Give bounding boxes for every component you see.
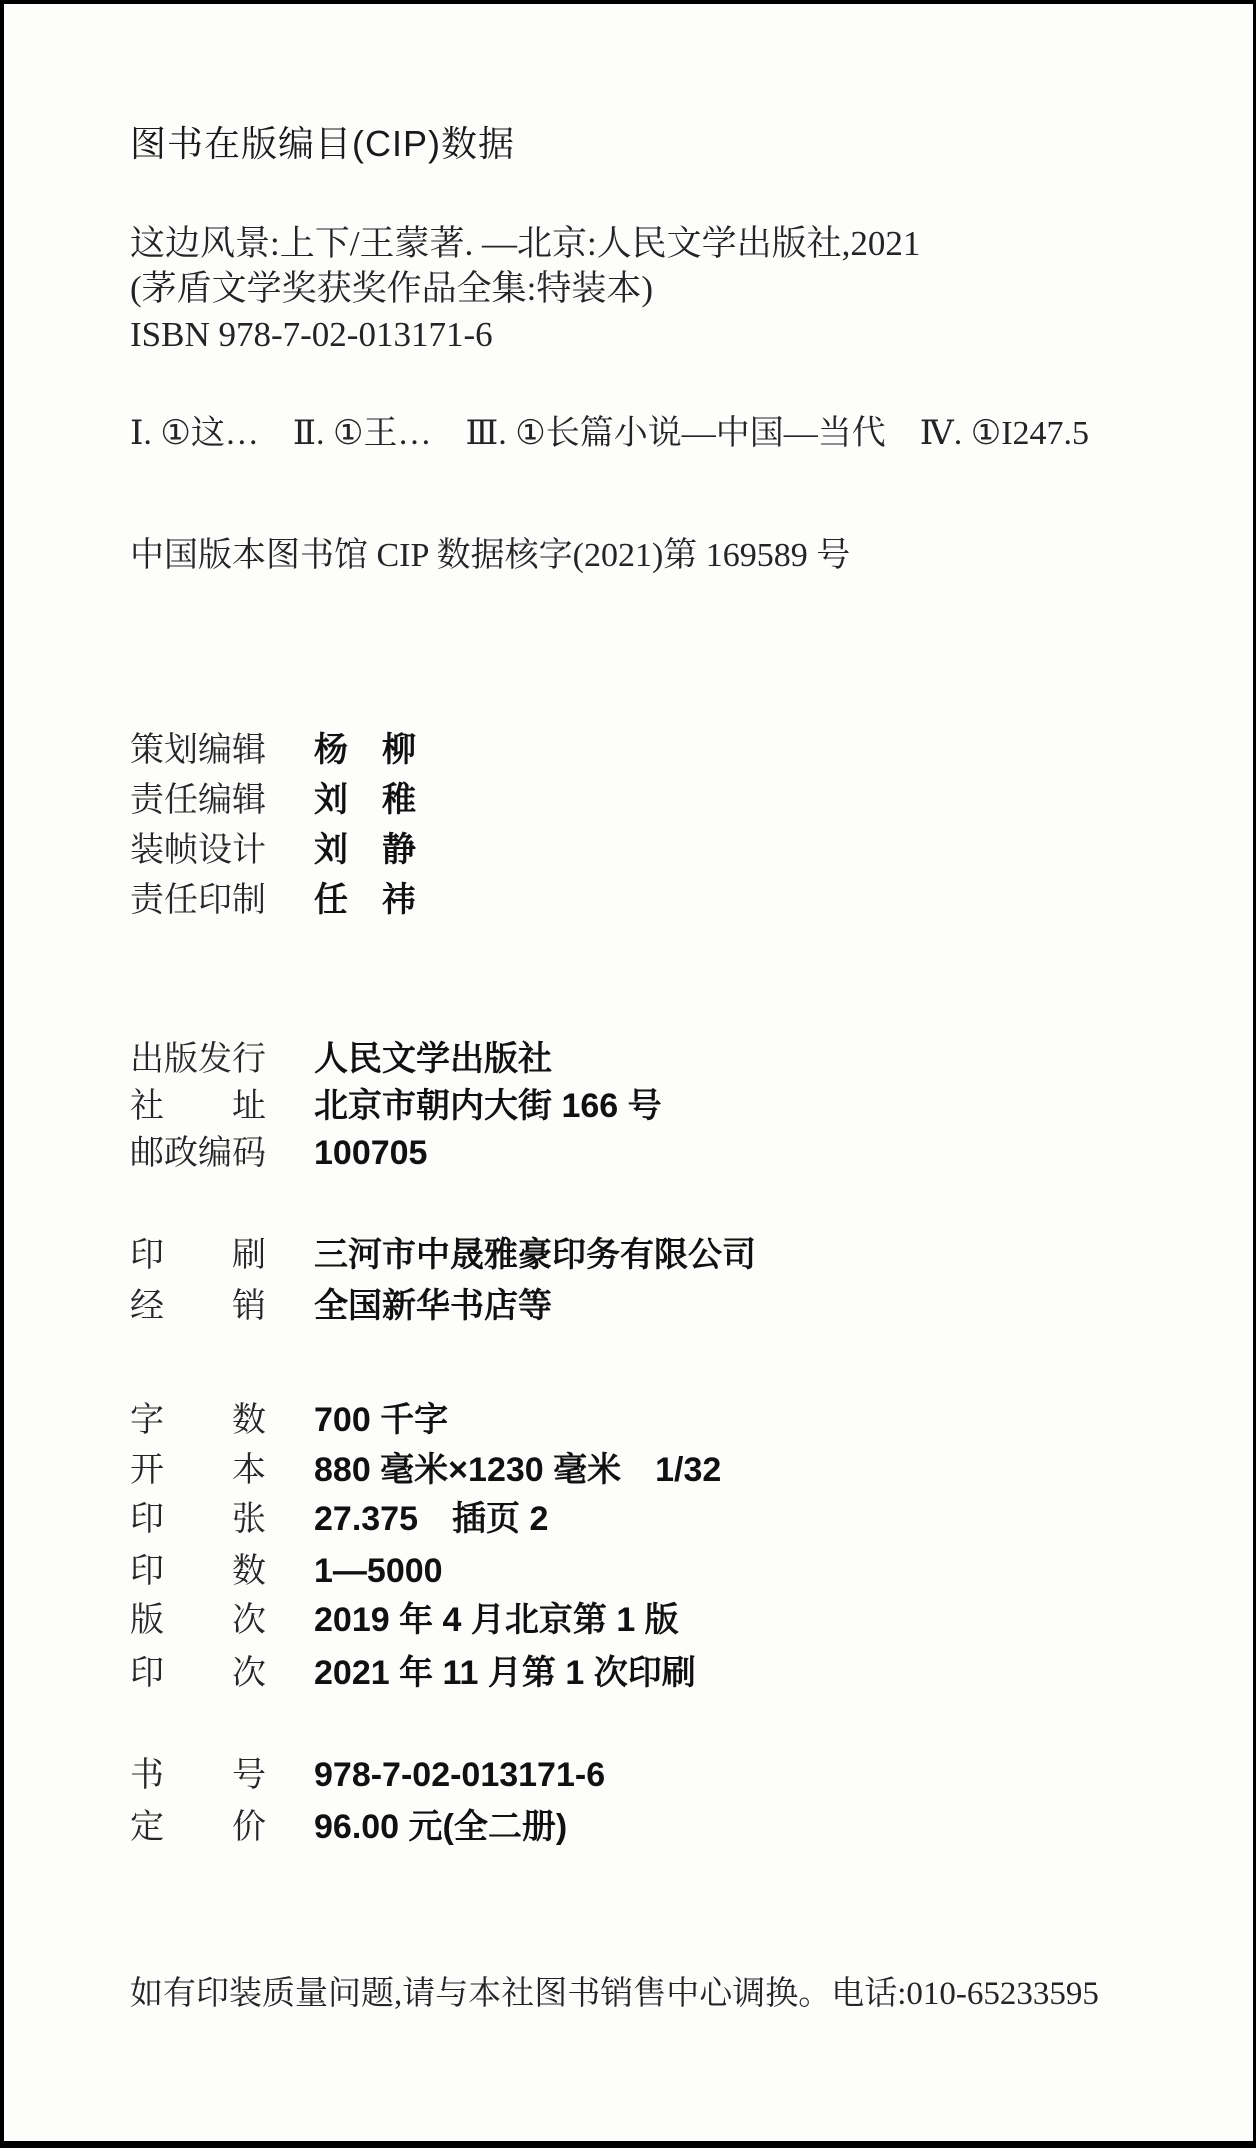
distributor-row: 经 销 全国新华书店等 <box>130 1278 552 1327</box>
staff-row-planning-editor: 策划编辑 杨 柳 <box>130 722 416 771</box>
sheets-value: 27.375 插页 2 <box>314 1491 548 1540</box>
edition-value: 2019 年 4 月北京第 1 版 <box>314 1592 679 1641</box>
word-count-label: 字 数 <box>130 1392 314 1441</box>
quality-notice: 如有印装质量问题,请与本社图书销售中心调换。电话:010-65233595 <box>130 1967 1099 2014</box>
publisher-value: 人民文学出版社 <box>314 1031 552 1080</box>
address-value: 北京市朝内大街 166 号 <box>314 1078 662 1127</box>
printer-value: 三河市中晟雅豪印务有限公司 <box>314 1227 756 1276</box>
staff-label: 责任编辑 <box>130 772 314 821</box>
price-label: 定 价 <box>130 1799 314 1848</box>
format-label: 开 本 <box>130 1442 314 1491</box>
word-count-row: 字 数 700 千字 <box>130 1392 448 1441</box>
price-value: 96.00 元(全二册) <box>314 1799 567 1848</box>
price-row: 定 价 96.00 元(全二册) <box>130 1799 567 1848</box>
impression-row: 印 次 2021 年 11 月第 1 次印刷 <box>130 1645 696 1694</box>
staff-label: 责任印制 <box>130 872 314 921</box>
cip-record-line: 中国版本图书馆 CIP 数据核字(2021)第 169589 号 <box>130 536 850 577</box>
address-row: 社 址 北京市朝内大街 166 号 <box>130 1078 662 1127</box>
staff-value: 刘 静 <box>314 822 416 871</box>
staff-label: 装帧设计 <box>130 822 314 871</box>
cip-classification-line: Ⅰ. ①这… Ⅱ. ①王… Ⅲ. ①长篇小说—中国—当代 Ⅳ. ①I247.5 <box>130 414 1089 455</box>
postcode-value: 100705 <box>314 1134 427 1173</box>
printer-row: 印 刷 三河市中晟雅豪印务有限公司 <box>130 1227 756 1276</box>
cip-title-line: 这边风景:上下/王蒙著. —北京:人民文学出版社,2021 <box>130 223 920 265</box>
distributor-label: 经 销 <box>130 1278 314 1327</box>
distributor-value: 全国新华书店等 <box>314 1278 552 1327</box>
staff-value: 刘 稚 <box>314 772 416 821</box>
impression-value: 2021 年 11 月第 1 次印刷 <box>314 1645 696 1694</box>
copyright-page: 图书在版编目(CIP)数据 这边风景:上下/王蒙著. —北京:人民文学出版社,2… <box>0 0 1256 2148</box>
format-value: 880 毫米×1230 毫米 1/32 <box>314 1442 721 1491</box>
staff-value: 杨 柳 <box>314 722 416 771</box>
staff-row-print-supervisor: 责任印制 任 祎 <box>130 872 416 921</box>
print-run-label: 印 数 <box>130 1543 314 1592</box>
staff-value: 任 祎 <box>314 872 416 921</box>
staff-row-design: 装帧设计 刘 静 <box>130 822 416 871</box>
printer-label: 印 刷 <box>130 1227 314 1276</box>
edition-row: 版 次 2019 年 4 月北京第 1 版 <box>130 1592 679 1641</box>
publisher-row: 出版发行 人民文学出版社 <box>130 1031 552 1080</box>
book-number-value: 978-7-02-013171-6 <box>314 1756 605 1795</box>
book-number-label: 书 号 <box>130 1747 314 1796</box>
word-count-value: 700 千字 <box>314 1392 448 1441</box>
cip-heading: 图书在版编目(CIP)数据 <box>130 116 515 167</box>
cip-isbn-line: ISBN 978-7-02-013171-6 <box>130 314 493 356</box>
staff-label: 策划编辑 <box>130 722 314 771</box>
print-run-value: 1—5000 <box>314 1552 443 1591</box>
cip-series-line: (茅盾文学奖获奖作品全集:特装本) <box>130 268 653 310</box>
print-run-row: 印 数 1—5000 <box>130 1543 443 1592</box>
postcode-row: 邮政编码 100705 <box>130 1125 427 1174</box>
edition-label: 版 次 <box>130 1592 314 1641</box>
publisher-label: 出版发行 <box>130 1031 314 1080</box>
impression-label: 印 次 <box>130 1645 314 1694</box>
address-label: 社 址 <box>130 1078 314 1127</box>
sheets-row: 印 张 27.375 插页 2 <box>130 1491 548 1540</box>
book-number-row: 书 号 978-7-02-013171-6 <box>130 1747 605 1796</box>
staff-row-responsible-editor: 责任编辑 刘 稚 <box>130 772 416 821</box>
postcode-label: 邮政编码 <box>130 1125 314 1174</box>
format-row: 开 本 880 毫米×1230 毫米 1/32 <box>130 1442 721 1491</box>
sheets-label: 印 张 <box>130 1491 314 1540</box>
